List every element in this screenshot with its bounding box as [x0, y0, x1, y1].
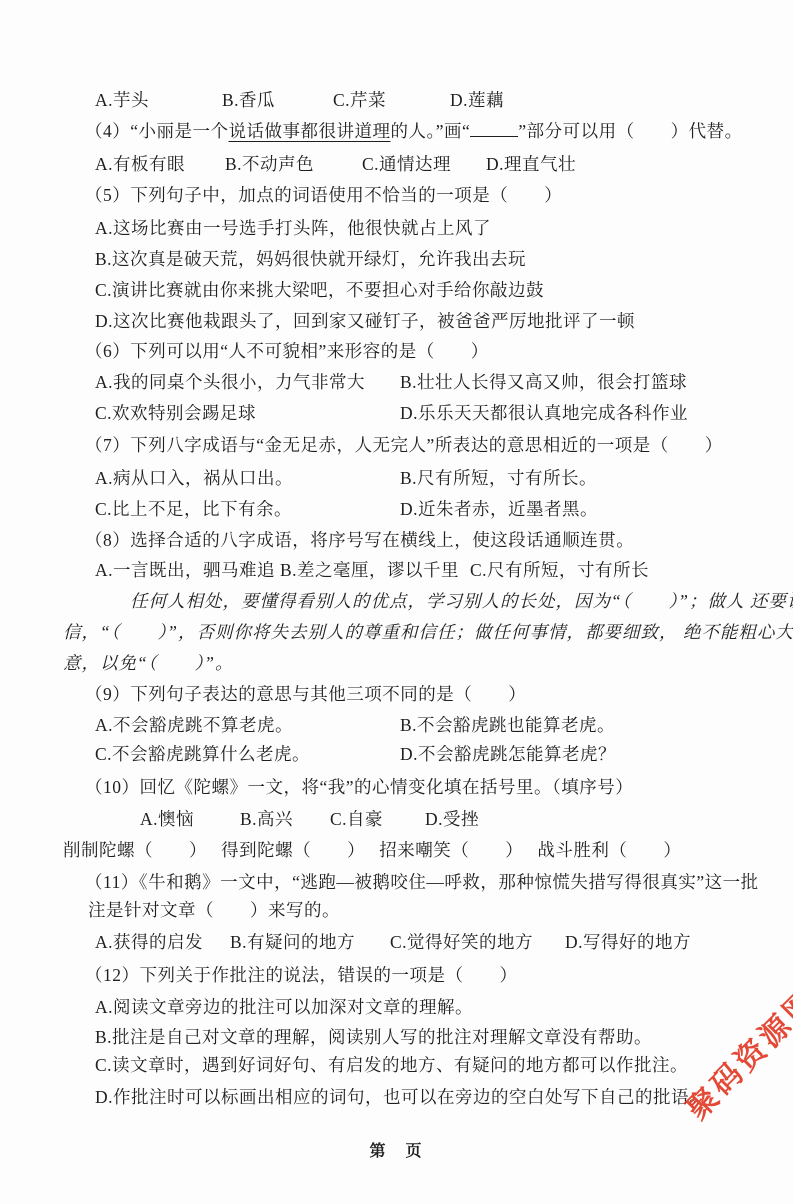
option-c: C.觉得好笑的地方 — [390, 930, 533, 954]
text: B.这次真是 — [95, 249, 184, 269]
question-12-option-c: C.读文章时，遇到好词好句、有启发的地方、有疑问的地方都可以作批注。 — [95, 1053, 793, 1077]
blank-line — [470, 120, 518, 137]
option-c: C.自豪 — [330, 807, 383, 831]
dotted-phrase: 占上风 — [419, 218, 473, 238]
question-8-stem: （8）选择合适的八字成语，将序号写在横线上，使这段话通顺连贯。 — [85, 528, 793, 552]
option-d: D.理直气壮 — [486, 152, 576, 176]
option-d: D.受挫 — [425, 807, 479, 831]
question-8-paragraph-line-3: 意，以免“（ ）”。 — [63, 651, 793, 675]
dotted-phrase: 碰钉子 — [365, 311, 419, 331]
option-d: D.写得好的地方 — [565, 930, 691, 954]
dotted-phrase: 打头阵 — [275, 218, 329, 238]
option-d: D.近朱者赤，近墨者黑。 — [400, 497, 598, 521]
option-c: C.芹菜 — [333, 88, 386, 112]
question-7-stem: （7）下列八字成语与“金无足赤，人无完人”所表达的意思相近的一项是（ ） — [85, 433, 793, 457]
question-10-stem: （10）回忆《陀螺》一文，将“我”的心情变化填在括号里。（填序号） — [85, 775, 793, 799]
text: ，他很快就 — [329, 218, 419, 238]
page-footer: 第 页 — [0, 1138, 793, 1161]
dotted-phrase: 挑大梁 — [256, 280, 310, 300]
dotted-phrase: 栽跟头 — [203, 311, 257, 331]
option-b: B.差之毫厘，谬以千里 — [280, 558, 459, 582]
question-12-option-a: A.阅读文章旁边的批注可以加深对文章的理解。 — [95, 995, 793, 1019]
option-b: B.香瓜 — [222, 88, 275, 112]
text: ，妈妈很快就 — [238, 249, 346, 269]
question-11-stem-line-1: （11）《牛和鹅》一文中，“逃跑—被鹅咬住—呼救，那种惊慌失措写得很真实”这一批 — [85, 870, 793, 894]
exam-page: A.芋头 B.香瓜 C.芹菜 D.莲藕 （4）“小丽是一个说话做事都很讲道理的人… — [0, 0, 793, 1204]
option-d: D.乐乐天天都很认真地完成各科作业 — [400, 401, 688, 425]
text: D.这次比赛他 — [95, 311, 203, 331]
question-5-option-b: B.这次真是破天荒，妈妈很快就开绿灯，允许我出去玩 — [95, 247, 793, 271]
dotted-phrase: 开绿灯 — [346, 249, 400, 269]
question-12-stem: （12）下列关于作批注的说法，错误的一项是（ ） — [85, 963, 793, 987]
text: 了 — [473, 218, 491, 238]
option-a: A.获得的启发 — [95, 930, 203, 954]
option-a: A.芋头 — [95, 88, 149, 112]
option-d: D.莲藕 — [450, 88, 504, 112]
question-8-paragraph-line-2: 信，“（ ）”，否则你将失去别人的尊重和信任；做任何事情，都要细致， 绝不能粗心… — [63, 620, 793, 644]
text: C.演讲比赛就由你来 — [95, 280, 256, 300]
question-5-stem: （5）下列句子中，加点的词语使用不恰当的一项是（ ） — [85, 183, 793, 207]
question-8-paragraph-line-1: 任何人相处，要懂得看别人的优点，学习别人的长处，因为“（ ）”；做人 还要讲诚 — [130, 589, 793, 613]
option-a: A.一言既出，驷马难追 — [95, 558, 275, 582]
question-5-option-c: C.演讲比赛就由你来挑大梁吧，不要担心对手给你敲边鼓 — [95, 278, 793, 302]
question-10-fill-blanks: 削制陀螺（ ） 得到陀螺（ ） 招来嘲笑（ ） 战斗胜利（ ） — [63, 838, 793, 862]
option-a: A.不会豁虎跳不算老虎。 — [95, 713, 293, 737]
option-b: B.尺有所短，寸有所长。 — [400, 466, 597, 490]
option-a: A.病从口入，祸从口出。 — [95, 466, 293, 490]
q4-stem-mid: 的人。”画“ — [391, 121, 471, 141]
option-c: C.通情达理 — [362, 152, 451, 176]
option-a: A.有板有眼 — [95, 152, 185, 176]
text: ，被爸爸严厉地批评了一顿 — [419, 311, 635, 331]
text: 注是针对文章（ ）来写的。 — [88, 898, 340, 922]
text: 了，回到家又 — [257, 311, 365, 331]
option-c: C.欢欢特别会踢足球 — [95, 401, 256, 425]
question-12-option-b: B.批注是自己对文章的理解，阅读别人写的批注对理解文章没有帮助。 — [95, 1025, 793, 1049]
option-c: C.尺有所短，寸有所长 — [470, 558, 649, 582]
option-b: B.不动声色 — [225, 152, 314, 176]
text: A.这场比赛由一号选手 — [95, 218, 275, 238]
q4-stem-pre: （4）“小丽是一个 — [85, 121, 229, 141]
question-4-stem: （4）“小丽是一个说话做事都很讲道理的人。”画“”部分可以用（ ）代替。 — [85, 119, 793, 143]
question-6-stem: （6）下列可以用“人不可貌相”来形容的是（ ） — [85, 339, 793, 363]
dotted-phrase: 破天荒 — [184, 249, 238, 269]
text: 吧，不要担心对手给你 — [310, 280, 490, 300]
option-b: B.有疑问的地方 — [230, 930, 355, 954]
option-b: B.高兴 — [240, 807, 293, 831]
dotted-phrase: 敲边鼓 — [490, 280, 544, 300]
q4-underlined-phrase: 说话做事都很讲道理 — [229, 121, 391, 141]
option-c: C.比上不足，比下有余。 — [95, 497, 292, 521]
option-b: B.壮壮人长得又高又帅，很会打篮球 — [400, 370, 687, 394]
q4-stem-post: ”部分可以用（ ）代替。 — [518, 121, 742, 141]
option-b: B.不会豁虎跳也能算老虎。 — [400, 713, 615, 737]
text: ，允许我出去玩 — [400, 249, 526, 269]
question-12-option-d: D.作批注时可以标画出相应的词句，也可以在旁边的空白处写下自己的批语。 — [95, 1085, 793, 1109]
option-a: A.我的同桌个头很小，力气非常大 — [95, 370, 365, 394]
question-9-stem: （9）下列句子表达的意思与其他三项不同的是（ ） — [85, 682, 793, 706]
option-c: C.不会豁虎跳算什么老虎。 — [95, 742, 310, 766]
question-5-option-a: A.这场比赛由一号选手打头阵，他很快就占上风了 — [95, 216, 793, 240]
question-5-option-d: D.这次比赛他栽跟头了，回到家又碰钉子，被爸爸严厉地批评了一顿 — [95, 309, 793, 333]
option-a: A.懊恼 — [140, 807, 194, 831]
option-d: D.不会豁虎跳怎能算老虎？ — [400, 742, 616, 766]
